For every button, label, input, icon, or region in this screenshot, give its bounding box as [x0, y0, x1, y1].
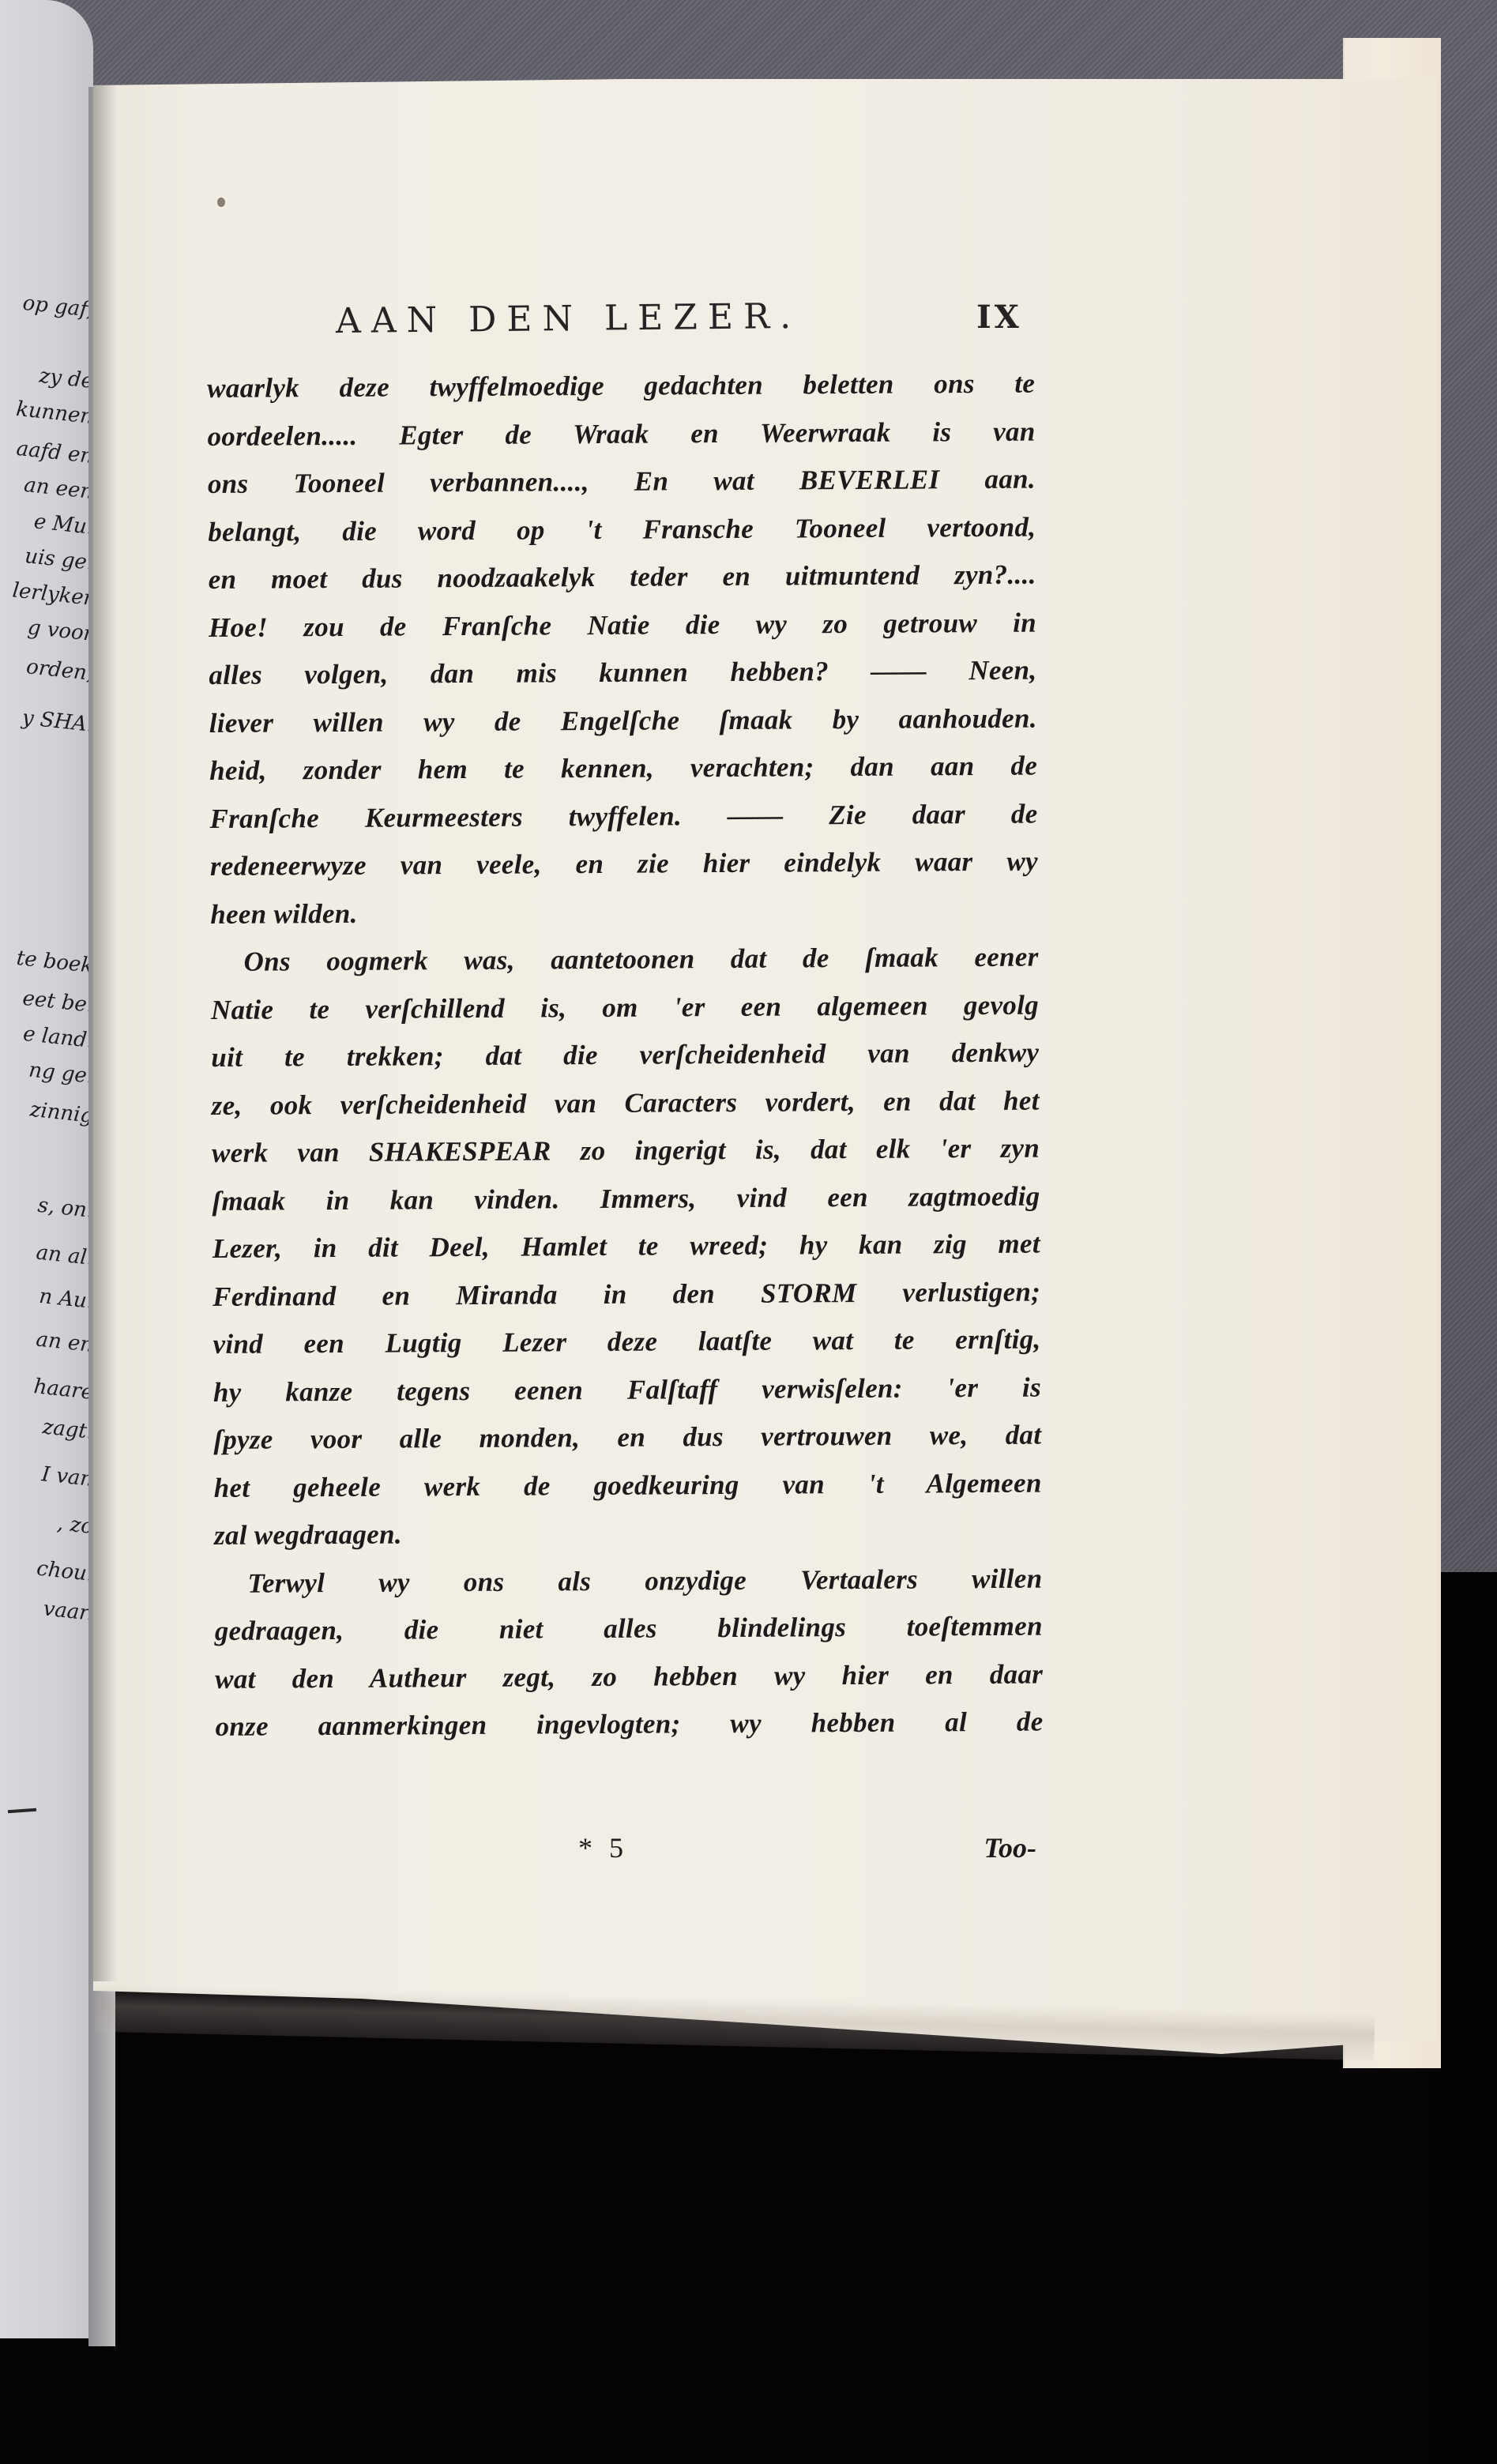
- text-line: en moet dus noodzaakelyk teder en uitmun…: [208, 551, 1036, 604]
- text-line: Hoe! zou de Franſche Natie die wy zo get…: [209, 599, 1036, 652]
- text-line: uit te trekken; dat die verſcheidenheid …: [211, 1029, 1039, 1082]
- left-page-fragment: zinnig: [0, 1097, 93, 1127]
- text-line: ze, ook verſcheidenheid van Caracters vo…: [212, 1077, 1040, 1130]
- text-line: belangt, die word op 't Fransche Tooneel…: [208, 503, 1036, 556]
- page-gutter-shadow: [93, 85, 117, 1981]
- direction-line: * 5 Too-: [207, 1831, 1044, 1879]
- text-line: werk van SHAKESPEAR zo ingerigt is, dat …: [212, 1125, 1040, 1178]
- left-page-fragment: y SHA.: [0, 705, 93, 735]
- text-line: onze aanmerkingen ingevlogten; wy hebben…: [215, 1698, 1043, 1751]
- left-page-fragment: zy de: [0, 362, 93, 392]
- left-page-fragment: vaar.: [0, 1594, 93, 1624]
- text-line: wat den Autheur zegt, zo hebben wy hier …: [215, 1650, 1043, 1703]
- foxing-spot: [217, 197, 225, 207]
- left-page-fragment: ng ge.: [0, 1057, 93, 1087]
- paragraph-start: Terwyl wy ons als onzydige Vertaalers wi…: [214, 1555, 1042, 1608]
- text-line: vind een Lugtig Lezer deze laatſte wat t…: [213, 1316, 1040, 1369]
- left-page-fragment: te boek: [0, 946, 93, 976]
- left-page-fragment: aafd en: [0, 437, 93, 467]
- left-page-fragment: chou.: [0, 1555, 93, 1585]
- page-number: IX: [976, 299, 1022, 336]
- left-page-fragment: e land.: [0, 1021, 93, 1051]
- text-line: zal wegdraagen.: [214, 1507, 1042, 1560]
- left-page-fragment: e Mu.: [0, 508, 93, 538]
- left-page-fragment: haare: [0, 1373, 93, 1403]
- text-line: alles volgen, dan mis kunnen hebben? —— …: [209, 647, 1036, 700]
- paragraph-start: Ons oogmerk was, aantetoonen dat de ſmaa…: [210, 934, 1038, 987]
- left-page-fragment: g voor: [0, 615, 93, 645]
- signature-mark: * 5: [578, 1831, 628, 1864]
- left-page-fragment: kunnen: [0, 397, 93, 427]
- body-text: waarlyk deze twyffelmoedige gedachten be…: [207, 360, 1044, 1751]
- left-page-fragment: uis ge.: [0, 544, 93, 574]
- text-line: liever willen wy de Engelſche ſmaak by a…: [209, 694, 1037, 747]
- text-line: het geheele werk de goedkeuring van 't A…: [214, 1459, 1042, 1512]
- left-page-fragment: op gaf,: [0, 291, 93, 321]
- left-facing-page: op gaf,zy dekunnenaafd enan eene Mu.uis …: [0, 0, 93, 2338]
- left-page-fragment: an al.: [0, 1239, 93, 1269]
- text-line: oordeelen..... Egter de Wraak en Weerwra…: [207, 408, 1035, 461]
- left-page-fragment: an en: [0, 1326, 93, 1356]
- left-page-fragment: zagt.: [0, 1413, 93, 1443]
- catchword: Too-: [984, 1831, 1036, 1864]
- text-line: redeneerwyze van veele, en zie hier eind…: [210, 838, 1038, 891]
- left-page-fragment: orden,: [0, 654, 93, 684]
- text-line: ſpyze voor alle monden, en dus vertrouwe…: [213, 1412, 1041, 1465]
- left-page-fragment: , zo: [0, 1507, 93, 1537]
- text-line: ſmaak in kan vinden. Immers, vind een za…: [212, 1172, 1040, 1225]
- left-page-fragment: lerlyker: [0, 579, 93, 609]
- text-line: gedraagen, die niet alles blindelings to…: [215, 1603, 1043, 1656]
- text-line: Franſche Keurmeesters twyffelen. —— Zie …: [209, 790, 1037, 843]
- text-line: waarlyk deze twyffelmoedige gedachten be…: [207, 360, 1035, 413]
- left-page-fragment: s, on.: [0, 1191, 93, 1221]
- text-line: heid, zonder hem te kennen, verachten; d…: [209, 743, 1037, 796]
- running-head: AAN DEN LEZER.: [336, 296, 802, 341]
- left-page-fragment: eet be.: [0, 986, 93, 1016]
- text-line: Natie te verſchillend is, om 'er een alg…: [211, 981, 1039, 1034]
- text-line: hy kanze tegens eenen Falſtaff verwisſel…: [213, 1364, 1041, 1416]
- text-line: ons Tooneel verbannen...., En wat BEVERL…: [208, 456, 1036, 509]
- text-line: Ferdinand en Miranda in den STORM verlus…: [213, 1268, 1040, 1321]
- text-line: heen wilden.: [210, 886, 1038, 939]
- left-page-fragment: n Au.: [0, 1282, 93, 1312]
- left-page-fragment: I van: [0, 1460, 93, 1490]
- text-line: Lezer, in dit Deel, Hamlet te wreed; hy …: [213, 1221, 1040, 1273]
- left-page-fragment: an een: [0, 472, 93, 502]
